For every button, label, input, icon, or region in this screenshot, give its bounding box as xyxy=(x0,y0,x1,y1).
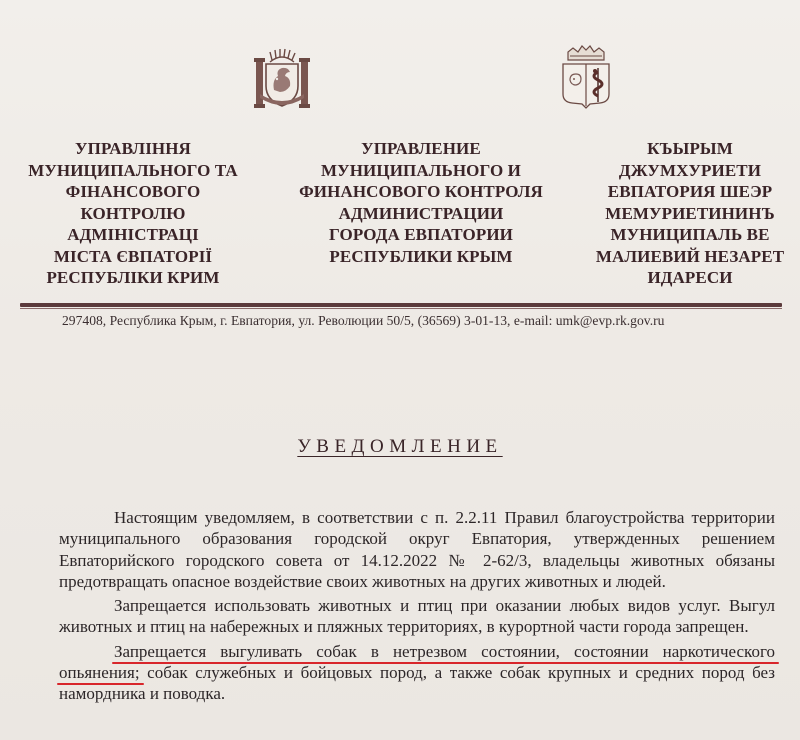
address-line: 297408, Республика Крым, г. Евпатория, у… xyxy=(62,313,782,329)
red-underline xyxy=(112,662,779,664)
document-title: УВЕДОМЛЕНИЕ xyxy=(0,436,800,458)
paragraph-2: Запрещается использовать животных и птиц… xyxy=(59,595,775,638)
header-crh-line: МЕМУРИЕТИНИНЪ xyxy=(585,203,795,225)
header-ua-line: КОНТРОЛЮ xyxy=(4,203,262,225)
header-crh-line: ДЖУМХУРИЕТИ xyxy=(585,160,795,182)
document-page: УПРАВЛІННЯ МУНИЦИПАЛЬНОГО ТА ФІНАНСОВОГО… xyxy=(0,0,800,740)
header-divider xyxy=(20,303,782,307)
header-ua-line: МІСТА ЄВПАТОРІЇ xyxy=(4,246,262,268)
header-ru-line: ФИНАНСОВОГО КОНТРОЛЯ xyxy=(286,181,556,203)
header-crh-line: ИДАРЕСИ xyxy=(585,267,795,289)
header-ru-line: РЕСПУБЛИКИ КРЫМ xyxy=(286,246,556,268)
header-ru-line: АДМИНИСТРАЦИИ xyxy=(286,203,556,225)
header-russian: УПРАВЛЕНИЕ МУНИЦИПАЛЬНОГО И ФИНАНСОВОГО … xyxy=(286,138,556,267)
header-ru-line: ГОРОДА ЕВПАТОРИИ xyxy=(286,224,556,246)
header-crh-line: КЪЫРЫМ xyxy=(585,138,795,160)
header-crh-line: МУНИЦИПАЛЬ ВЕ xyxy=(585,224,795,246)
header-ua-line: РЕСПУБЛІКИ КРИМ xyxy=(4,267,262,289)
red-underline xyxy=(57,683,144,685)
header-ua-line: МУНИЦИПАЛЬНОГО ТА xyxy=(4,160,262,182)
paragraph-3-rest: собак служебных и бойцовых пород, а такж… xyxy=(59,663,775,703)
crimea-coat-of-arms-icon xyxy=(252,48,312,112)
header-ru-line: УПРАВЛЕНИЕ xyxy=(286,138,556,160)
header-ru-line: МУНИЦИПАЛЬНОГО И xyxy=(286,160,556,182)
header-ukrainian: УПРАВЛІННЯ МУНИЦИПАЛЬНОГО ТА ФІНАНСОВОГО… xyxy=(4,138,262,289)
header-crh-line: МАЛИЕВИЙ НЕЗАРЕТ xyxy=(585,246,795,268)
header-divider-thin xyxy=(20,308,782,309)
title-text: УВЕДОМЛЕНИЕ xyxy=(297,436,502,457)
header-crh-line: ЕВПАТОРИЯ ШЕЭР xyxy=(585,181,795,203)
paragraph-1: Настоящим уведомляем, в соответствии с п… xyxy=(59,507,775,592)
paragraph-3: Запрещается выгуливать собак в нетрезвом… xyxy=(59,641,775,705)
evpatoria-coat-of-arms-icon xyxy=(560,42,612,110)
header-crimean-tatar: КЪЫРЫМ ДЖУМХУРИЕТИ ЕВПАТОРИЯ ШЕЭР МЕМУРИ… xyxy=(585,138,795,289)
header-ua-line: ФІНАНСОВОГО xyxy=(4,181,262,203)
document-body: Настоящим уведомляем, в соответствии с п… xyxy=(59,507,775,708)
header-ua-line: УПРАВЛІННЯ xyxy=(4,138,262,160)
header-ua-line: АДМІНІСТРАЦІ xyxy=(4,224,262,246)
